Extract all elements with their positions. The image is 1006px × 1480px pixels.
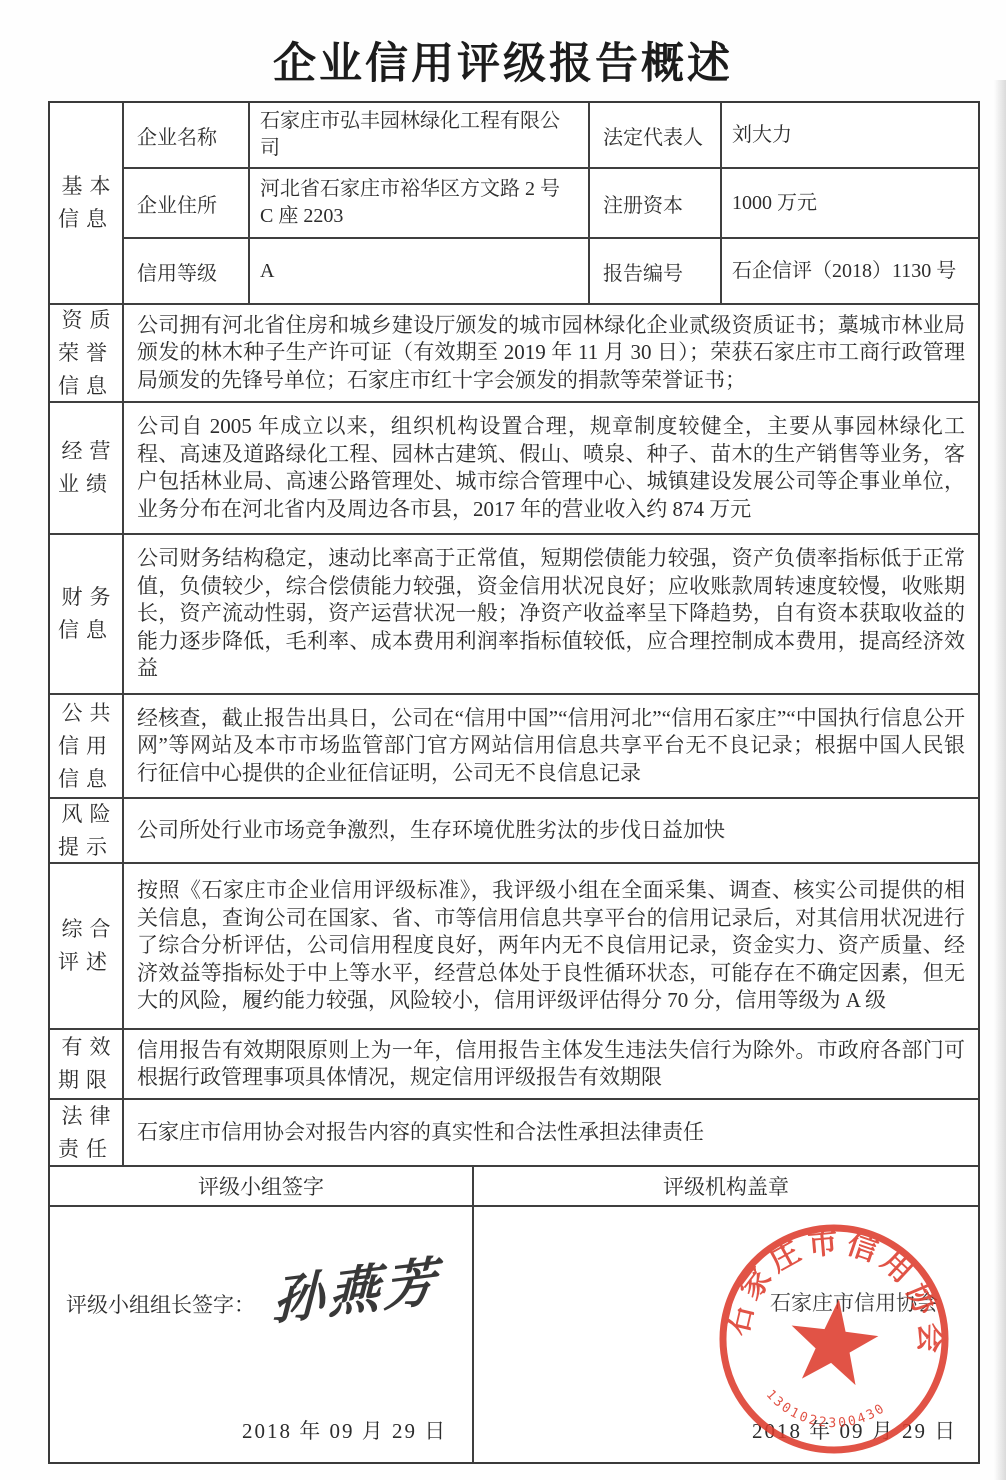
section-financial-info-content: 公司财务结构稳定，速动比率高于正常值，短期偿债能力较强，资产负债率指标低于正常值… — [122, 535, 978, 693]
field-label-credit-rating: 信用等级 — [124, 239, 248, 303]
section-financial-info-label: 财务 信息 — [50, 535, 122, 693]
scan-edge-shadow — [994, 80, 1006, 1480]
report-table: 基本 信息 企业名称 石家庄市弘丰园林绿化工程有限公司 法定代表人 刘大力 企业… — [48, 101, 980, 1464]
field-value-company-name: 石家庄市弘丰园林绿化工程有限公司 — [248, 103, 588, 167]
section-business-performance-label: 经营 业绩 — [50, 403, 122, 533]
basic-info-section-label: 基本 信息 — [50, 103, 122, 303]
seal-star-icon — [785, 1294, 882, 1387]
section-legal-responsibility-content: 石家庄市信用协会对报告内容的真实性和合法性承担法律责任 — [122, 1100, 978, 1165]
page-title: 企业信用评级报告概述 — [0, 30, 1006, 91]
team-signature-date: 2018 年 09 月 29 日 — [242, 1415, 447, 1445]
signature-header-agency-seal: 评级机构盖章 — [472, 1167, 978, 1205]
signature-cell-agency: 石家庄市信用协会 2018 年 09 月 29 日 石家庄市信用协会 13010… — [472, 1207, 978, 1462]
field-value-credit-rating: A — [248, 239, 588, 303]
field-label-company-address: 企业住所 — [124, 169, 248, 237]
section-validity-period-content: 信用报告有效期限原则上为一年，信用报告主体发生违法失信行为除外。市政府各部门可根… — [122, 1030, 978, 1098]
scanned-report-page: 企业信用评级报告概述 基本 信息 企业名称 石家庄市弘丰园林绿化工程有限公司 法… — [0, 0, 1006, 1480]
seal-number-text: 1301022300430 — [760, 1386, 891, 1438]
section-comprehensive-review: 综合 评述 按照《石家庄市企业信用评级标准》，我评级小组在全面采集、调查、核实公… — [50, 862, 978, 1028]
section-public-credit-info-label: 公共 信用 信息 — [50, 695, 122, 797]
svg-text:1301022300430: 1301022300430 — [760, 1386, 891, 1438]
field-value-company-address: 河北省石家庄市裕华区方文路 2 号 C 座 2203 — [248, 169, 588, 237]
section-financial-info: 财务 信息 公司财务结构稳定，速动比率高于正常值，短期偿债能力较强，资产负债率指… — [50, 533, 978, 693]
section-qualification-honors: 资质 荣誉 信息 公司拥有河北省住房和城乡建设厅颁发的城市园林绿化企业贰级资质证… — [50, 303, 978, 401]
field-label-registered-capital: 注册资本 — [588, 169, 720, 237]
section-risk-warning: 风险 提示 公司所处行业市场竞争激烈，生存环境优胜劣汰的步伐日益加快 — [50, 797, 978, 862]
table-row: 企业名称 石家庄市弘丰园林绿化工程有限公司 法定代表人 刘大力 — [124, 103, 978, 167]
section-legal-responsibility-label: 法律 责任 — [50, 1100, 122, 1165]
section-business-performance-content: 公司自 2005 年成立以来，组织机构设置合理，规章制度较健全，主要从事园林绿化… — [122, 403, 978, 533]
team-leader-sign-label: 评级小组组长签字： — [66, 1289, 255, 1319]
section-validity-period-label: 有效 期限 — [50, 1030, 122, 1098]
section-validity-period: 有效 期限 信用报告有效期限原则上为一年，信用报告主体发生违法失信行为除外。市政… — [50, 1028, 978, 1098]
field-label-legal-representative: 法定代表人 — [588, 103, 720, 167]
section-public-credit-info: 公共 信用 信息 经核查，截止报告出具日，公司在“信用中国”“信用河北”“信用石… — [50, 693, 978, 797]
section-qualification-honors-content: 公司拥有河北省住房和城乡建设厅颁发的城市园林绿化企业贰级资质证书；藁城市林业局颁… — [122, 305, 978, 401]
section-risk-warning-content: 公司所处行业市场竞争激烈，生存环境优胜劣汰的步伐日益加快 — [122, 799, 978, 862]
basic-info-section: 基本 信息 企业名称 石家庄市弘丰园林绿化工程有限公司 法定代表人 刘大力 企业… — [50, 103, 978, 303]
field-value-legal-representative: 刘大力 — [720, 103, 978, 167]
section-comprehensive-review-content: 按照《石家庄市企业信用评级标准》，我评级小组在全面采集、调查、核实公司提供的相关… — [122, 864, 978, 1028]
section-business-performance: 经营 业绩 公司自 2005 年成立以来，组织机构设置合理，规章制度较健全，主要… — [50, 401, 978, 533]
basic-info-grid: 企业名称 石家庄市弘丰园林绿化工程有限公司 法定代表人 刘大力 企业住所 河北省… — [122, 103, 978, 303]
section-comprehensive-review-label: 综合 评述 — [50, 864, 122, 1028]
table-row: 企业住所 河北省石家庄市裕华区方文路 2 号 C 座 2203 注册资本 100… — [124, 167, 978, 237]
section-risk-warning-label: 风险 提示 — [50, 799, 122, 862]
field-label-report-number: 报告编号 — [588, 239, 720, 303]
signature-header-row: 评级小组签字 评级机构盖章 — [50, 1165, 978, 1205]
team-leader-handwritten-signature: 孙燕芳 — [272, 1238, 440, 1334]
section-qualification-honors-label: 资质 荣誉 信息 — [50, 305, 122, 401]
section-public-credit-info-content: 经核查，截止报告出具日，公司在“信用中国”“信用河北”“信用石家庄”“中国执行信… — [122, 695, 978, 797]
table-row: 信用等级 A 报告编号 石企信评（2018）1130 号 — [124, 237, 978, 303]
section-legal-responsibility: 法律 责任 石家庄市信用协会对报告内容的真实性和合法性承担法律责任 — [50, 1098, 978, 1165]
official-seal: 石家庄市信用协会 1301022300430 — [700, 1207, 967, 1462]
field-value-registered-capital: 1000 万元 — [720, 169, 978, 237]
signature-header-team: 评级小组签字 — [50, 1167, 472, 1205]
signature-cell-team: 评级小组组长签字： 孙燕芳 2018 年 09 月 29 日 — [50, 1207, 472, 1462]
field-label-company-name: 企业名称 — [124, 103, 248, 167]
field-value-report-number: 石企信评（2018）1130 号 — [720, 239, 978, 303]
signature-body-row: 评级小组组长签字： 孙燕芳 2018 年 09 月 29 日 石家庄市信用协会 … — [50, 1205, 978, 1462]
